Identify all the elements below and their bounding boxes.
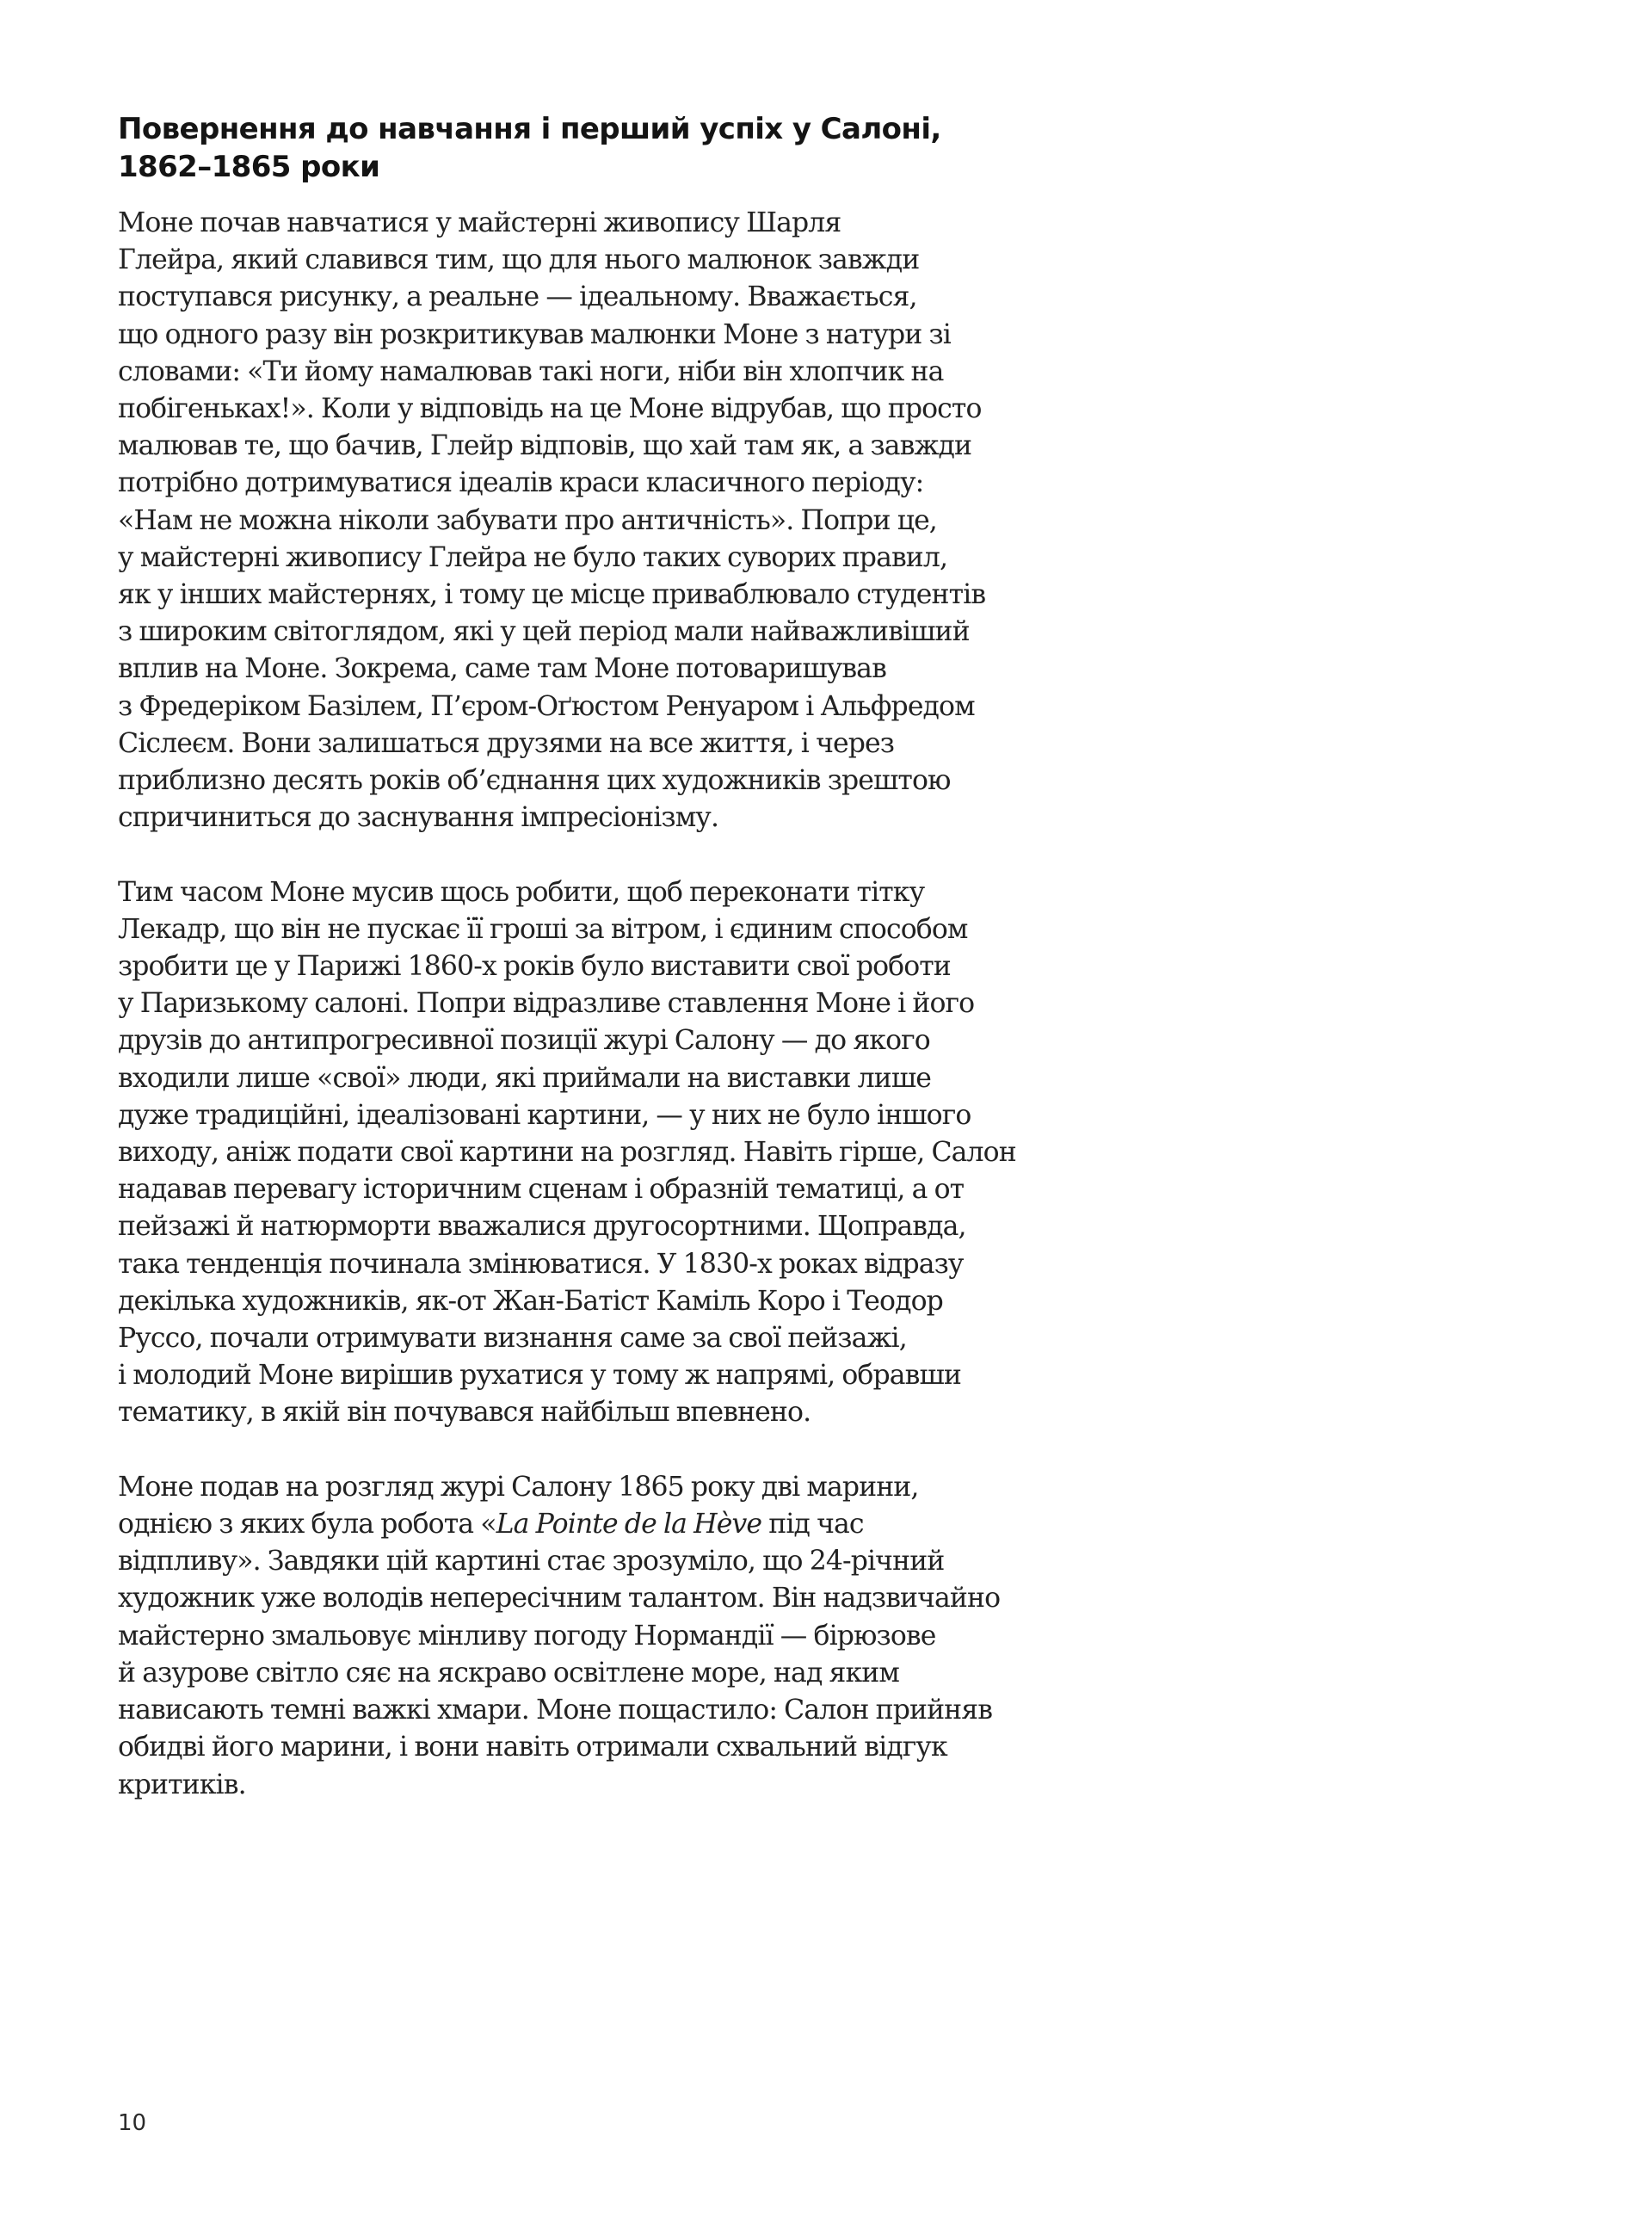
text-line: побігеньках!». Коли у відповідь на це Мо… xyxy=(118,391,1202,428)
text-line: «Нам не можна ніколи забувати про античн… xyxy=(118,503,1202,540)
paragraph-2: Тим часом Моне мусив щось робити, щоб пе… xyxy=(118,874,1202,1432)
text-segment: під час xyxy=(761,1509,864,1540)
text-line: надавав перевагу історичним сценам і обр… xyxy=(118,1171,1202,1208)
text-line: словами: «Ти йому намалював такі ноги, н… xyxy=(118,354,1202,391)
text-line: художник уже володів непересічним талант… xyxy=(118,1580,1202,1617)
text-segment: однією з яких була робота « xyxy=(118,1509,496,1540)
paragraph-3: Моне подав на розгляд журі Салону 1865 р… xyxy=(118,1469,1202,1804)
text-line: Моне подав на розгляд журі Салону 1865 р… xyxy=(118,1469,1202,1506)
text-line: у Паризькому салоні. Попри відразливе ст… xyxy=(118,985,1202,1022)
text-line: Руссо, почали отримувати визнання саме з… xyxy=(118,1320,1202,1357)
heading-line: 1862–1865 роки xyxy=(118,148,1150,186)
book-page: Повернення до навчання і перший успіх у … xyxy=(0,0,1652,2229)
text-line: декілька художників, як-от Жан-Батіст Ка… xyxy=(118,1283,1202,1320)
text-line: у майстерні живопису Глейра не було таки… xyxy=(118,540,1202,577)
text-line: нависають темні важкі хмари. Моне пощаст… xyxy=(118,1692,1202,1729)
text-line: Лекадр, що він не пускає її гроші за віт… xyxy=(118,911,1202,948)
text-line: вплив на Моне. Зокрема, саме там Моне по… xyxy=(118,651,1202,688)
page-number: 10 xyxy=(118,2110,146,2136)
text-line: і молодий Моне вирішив рухатися у тому ж… xyxy=(118,1357,1202,1394)
text-line: спричиниться до заснування імпресіонізму… xyxy=(118,800,1202,837)
text-line: зробити це у Парижі 1860-х років було ви… xyxy=(118,948,1202,985)
body-text: Моне почав навчатися у майстерні живопис… xyxy=(118,205,1202,1841)
text-line: Моне почав навчатися у майстерні живопис… xyxy=(118,205,1202,242)
paragraph-1: Моне почав навчатися у майстерні живопис… xyxy=(118,205,1202,837)
text-line: критиків. xyxy=(118,1767,1202,1804)
text-line: Тим часом Моне мусив щось робити, щоб пе… xyxy=(118,874,1202,911)
text-line: дуже традиційні, ідеалізовані картини, —… xyxy=(118,1097,1202,1134)
text-line: майстерно змальовує мінливу погоду Норма… xyxy=(118,1618,1202,1655)
section-heading: Повернення до навчання і перший успіх у … xyxy=(118,110,1150,186)
text-line: входили лише «свої» люди, які приймали н… xyxy=(118,1060,1202,1097)
painting-title: La Pointe de la Hève xyxy=(496,1509,762,1540)
text-line: як у інших майстернях, і тому це місце п… xyxy=(118,577,1202,614)
text-line: обидві його марини, і вони навіть отрима… xyxy=(118,1729,1202,1766)
text-line: що одного разу він розкритикував малюнки… xyxy=(118,317,1202,354)
text-line: тематику, в якій він почувався найбільш … xyxy=(118,1394,1202,1431)
text-line: з Фредеріком Базілем, П’єром-Оґюстом Рен… xyxy=(118,688,1202,726)
text-line: й азурове світло сяє на яскраво освітлен… xyxy=(118,1655,1202,1692)
text-line: друзів до антипрогресивної позиції журі … xyxy=(118,1022,1202,1059)
text-line: малював те, що бачив, Глейр відповів, що… xyxy=(118,428,1202,465)
text-line: пейзажі й натюрморти вважалися другосорт… xyxy=(118,1208,1202,1245)
text-line: Сіслеєм. Вони залишаться друзями на все … xyxy=(118,726,1202,763)
heading-line: Повернення до навчання і перший успіх у … xyxy=(118,110,1150,148)
text-line: поступався рисунку, а реальне — ідеально… xyxy=(118,279,1202,316)
text-line: приблизно десять років об’єднання цих ху… xyxy=(118,763,1202,800)
text-line: виходу, аніж подати свої картини на розг… xyxy=(118,1134,1202,1171)
text-line: відпливу». Завдяки цій картині стає зроз… xyxy=(118,1543,1202,1580)
text-line: однією з яких була робота «La Pointe de … xyxy=(118,1506,1202,1543)
text-line: з широким світоглядом, які у цей період … xyxy=(118,614,1202,651)
text-line: така тенденція починала змінюватися. У 1… xyxy=(118,1246,1202,1283)
text-line: Глейра, який славився тим, що для нього … xyxy=(118,242,1202,279)
text-line: потрібно дотримуватися ідеалів краси кла… xyxy=(118,465,1202,502)
